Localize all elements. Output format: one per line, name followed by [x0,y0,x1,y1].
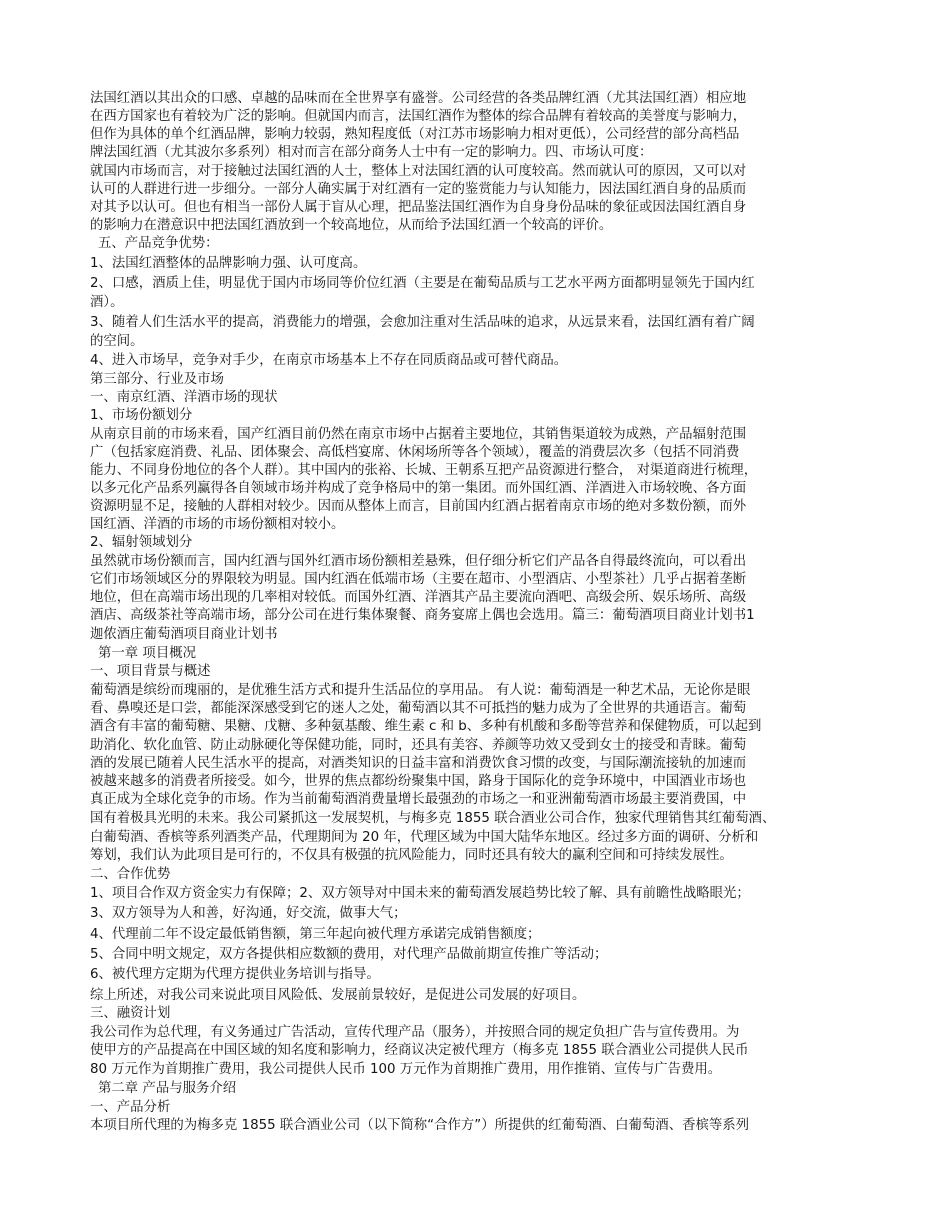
text-line: 的空间。 [90,333,144,351]
text-line: 第二章 产品与服务介绍 [98,1080,236,1098]
text-line: 二、合作优势 [90,866,170,884]
text-line: 从南京目前的市场来看，国产红酒目前仍然在南京市场中占据着主要地位，其销售渠道较为… [90,426,746,444]
text-line: 牌法国红酒（尤其波尔多系列）相对而言在部分商务人士中有一定的影响力。四、市场认可… [90,144,652,162]
text-line: 一、项目背景与概述 [90,663,211,681]
text-line: 酒店、高级茶社等高端市场，部分公司在进行集体聚餐、商务宴席上偶也会选用。篇三：葡… [90,607,755,625]
text-line: 国红酒、洋酒的市场的市场份额相对较小。 [90,516,344,534]
text-line: 1、市场份额划分 [90,407,192,425]
text-line: 但作为具体的单个红酒品牌，影响力较弱，熟知程度低（对江苏市场影响力相对更低），公… [90,126,739,144]
text-line: 助消化、软化血管、防止动脉硬化等保健功能，同时，还具有美容、养颜等功效又受到女士… [90,737,746,755]
text-line: 综上所述，对我公司来说此项目风险低、发展前景较好，是促进公司发展的好项目。 [90,987,585,1005]
text-line: 筹划，我们认为此项目是可行的，不仅具有极强的抗风险能力，同时还具有较大的赢利空间… [90,847,733,865]
text-line: 一、南京红酒、洋酒市场的现状 [90,389,277,407]
text-line: 酒的发展已随着人民生活水平的提高，对酒类知识的日益丰富和消费饮食习惯的改变，与国… [90,755,746,773]
text-line: 酒含有丰富的葡萄糖、果糖、戊糖、多种氨基酸、维生素 c 和 b、多种有机酸和多酚… [90,718,761,736]
text-line: 3、随着人们生活水平的提高，消费能力的增强，会愈加注重对生活品味的追求，从远景来… [90,314,755,332]
text-line: 2、辐射领域划分 [90,534,192,552]
text-line: 就国内市场而言，对于接触过法国红酒的人士，整体上对法国红酒的认可度较高。然而就认… [90,163,746,181]
text-line: 本项目所代理的为梅多克 1855 联合酒业公司（以下简称“合作方”）所提供的红葡… [90,1117,749,1135]
text-line: 资源明显不足，接触的人群相对较少。因而从整体上而言，目前国内红酒占据着南京市场的… [90,498,746,516]
text-line: 1、法国红酒整体的品牌影响力强、认可度高。 [90,255,366,273]
text-line: 白葡萄酒、香槟等系列酒类产品，代理期间为 20 年，代理区域为中国大陆华东地区。… [90,829,758,847]
text-line: 能力、不同身份地位的各个人群）。其中国内的张裕、长城、王朝系互把产品资源进行整合… [90,462,757,480]
text-line: 酒）。 [90,294,123,312]
text-line: 迦侬酒庄葡萄酒项目商业计划书 [90,626,277,644]
text-line: 广（包括家庭消费、礼品、团体聚会、高低档宴席、休闲场所等各个领域），覆盖的消费层… [90,444,739,462]
text-line: 1、项目合作双方资金实力有保障；2、双方领导对中国未来的葡萄酒发展趋势比较了解、… [90,885,750,903]
text-line: 3、双方领导为人和善，好沟通，好交流，做事大气； [90,905,407,923]
text-line: 以多元化产品系列赢得各自领域市场并构成了竞争格局中的第一集团。而外国红酒、洋酒进… [90,480,746,498]
text-line: 它们市场领域区分的界限较为明显。国内红酒在低端市场（主要在超市、小型酒店、小型茶… [90,571,746,589]
text-line: 第三部分、行业及市场 [90,371,224,389]
text-line: 第一章 项目概况 [98,645,196,663]
text-line: 三、融资计划 [90,1005,170,1023]
text-line: 使甲方的产品提高在中国区域的知名度和影响力，经商议决定被代理方（梅多克 1855… [90,1042,749,1060]
text-line: 我公司作为总代理，有义务通过广告活动，宣传代理产品（服务），并按照合同的规定负担… [90,1024,739,1042]
document-page: 法国红酒以其出众的口感、卓越的品味而在全世界享有盛誉。公司经营的各类品牌红酒（尤… [0,0,950,1230]
text-line: 认可的人群进行进一步细分。一部分人确实属于对红酒有一定的鉴赏能力与认知能力，因法… [90,181,746,199]
text-line: 葡萄酒是缤纷而瑰丽的，是优雅生活方式和提升生活品位的享用品。 有人说：葡萄酒是一… [90,682,750,700]
text-line: 国有着极具光明的未来。我公司紧抓这一发展契机，与梅多克 1855 联合酒业公司合… [90,810,775,828]
text-line: 看、鼻嗅还是口尝，都能深深感受到它的迷人之处，葡萄酒以其不可抵挡的魅力成为了全世… [90,700,746,718]
text-line: 五、产品竞争优势： [98,235,219,253]
text-line: 一、产品分析 [90,1099,170,1117]
text-line: 地位，但在高端市场出现的几率相对较低。而国外红酒、洋酒其产品主要流向酒吧、高级会… [90,589,746,607]
text-line: 在西方国家也有着较为广泛的影响。但就国内而言，法国红酒作为整体的综合品牌有着较高… [90,108,746,126]
text-line: 对其予以认可。但也有相当一部份人属于盲从心理，把品鉴法国红酒作为自身身份品味的象… [90,199,746,217]
text-line: 4、进入市场早，竞争对手少，在南京市场基本上不存在同质商品或可替代商品。 [90,352,567,370]
text-line: 的影响力在潜意识中把法国红酒放到一个较高地位，从而给予法国红酒一个较高的评价。 [90,217,612,235]
text-line: 80 万元作为首期推广费用，我公司提供人民币 100 万元作为首期推广费用，用作… [90,1061,721,1079]
text-line: 4、代理前二年不设定最低销售额，第三年起向被代理方承诺完成销售额度； [90,926,540,944]
text-line: 5、合同中明文规定，双方各提供相应数额的费用，对代理产品做前期宣传推广等活动； [90,946,607,964]
text-line: 6、被代理方定期为代理方提供业务培训与指导。 [90,966,380,984]
text-line: 虽然就市场份额而言，国内红酒与国外红酒市场份额相差悬殊，但仔细分析它们产品各自得… [90,553,746,571]
text-line: 真正成为全球化竞争的市场。作为当前葡萄酒消费量增长最强劲的市场之一和亚洲葡萄酒市… [90,791,746,809]
text-line: 被越来越多的消费者所接受。如今，世界的焦点都纷纷聚集中国，路身于国际化的竞争环境… [90,773,746,791]
text-line: 法国红酒以其出众的口感、卓越的品味而在全世界享有盛誉。公司经营的各类品牌红酒（尤… [90,90,746,108]
text-line: 2、口感，酒质上佳，明显优于国内市场同等价位红酒（主要是在葡萄品质与工艺水平两方… [90,275,755,293]
